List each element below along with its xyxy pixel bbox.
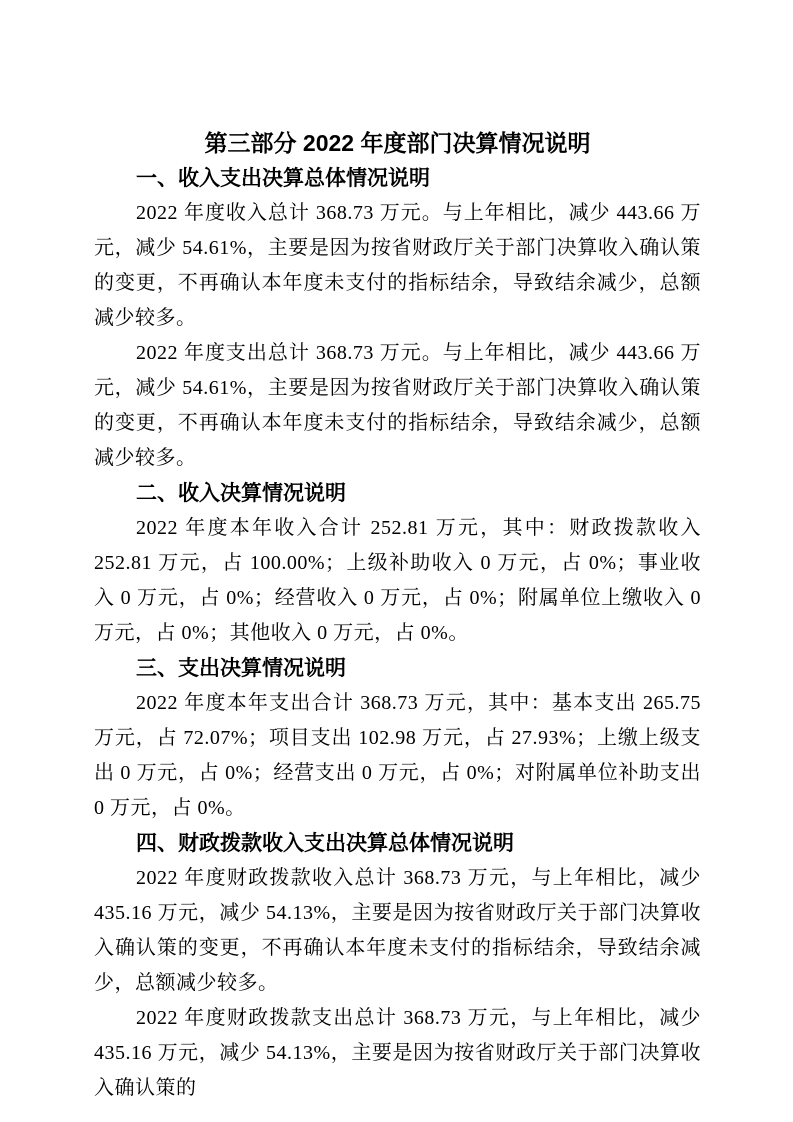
section-4-paragraph-2: 2022 年度财政拨款支出总计 368.73 万元，与上年相比，减少 435.1…: [94, 1001, 701, 1106]
section-3-heading: 三、支出决算情况说明: [94, 651, 701, 686]
document-title: 第三部分 2022 年度部门决算情况说明: [94, 126, 701, 161]
section-1-paragraph-1: 2022 年度收入总计 368.73 万元。与上年相比，减少 443.66 万元…: [94, 196, 701, 336]
section-4-heading: 四、财政拨款收入支出决算总体情况说明: [94, 826, 701, 861]
section-4-paragraph-1: 2022 年度财政拨款收入总计 368.73 万元，与上年相比，减少 435.1…: [94, 861, 701, 1001]
section-1-paragraph-2: 2022 年度支出总计 368.73 万元。与上年相比，减少 443.66 万元…: [94, 336, 701, 476]
section-2-paragraph-1: 2022 年度本年收入合计 252.81 万元，其中：财政拨款收入 252.81…: [94, 511, 701, 651]
document-content: 第三部分 2022 年度部门决算情况说明 一、收入支出决算总体情况说明 2022…: [94, 126, 701, 1106]
document-page: 第三部分 2022 年度部门决算情况说明 一、收入支出决算总体情况说明 2022…: [0, 0, 793, 1122]
section-1-heading: 一、收入支出决算总体情况说明: [94, 161, 701, 196]
section-2-heading: 二、收入决算情况说明: [94, 476, 701, 511]
section-3-paragraph-1: 2022 年度本年支出合计 368.73 万元，其中：基本支出 265.75 万…: [94, 686, 701, 826]
